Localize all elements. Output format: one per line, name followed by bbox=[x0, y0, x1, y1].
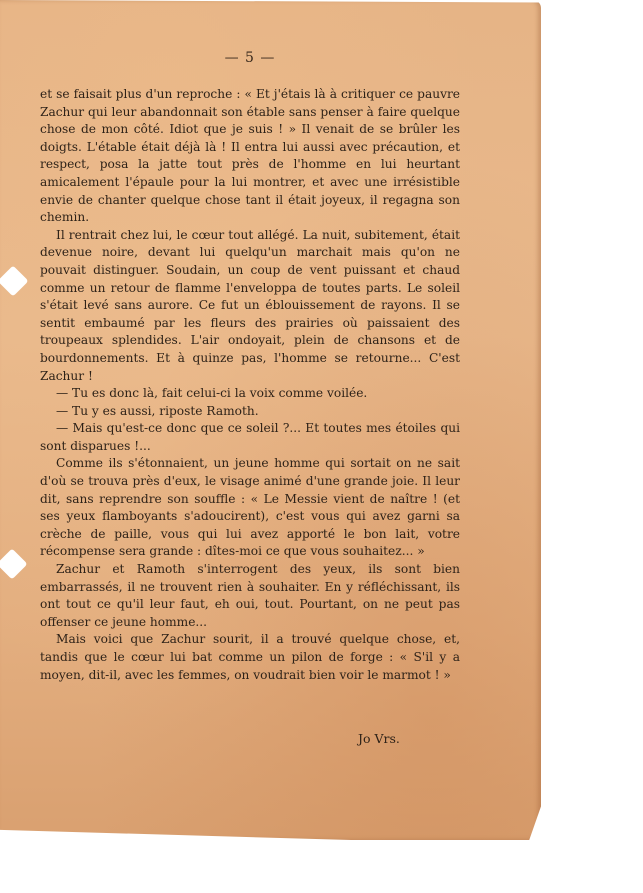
dialogue-line: — Tu y es aussi, riposte Ramoth. bbox=[40, 403, 460, 421]
dialogue-line: — Tu es donc là, fait celui-ci la voix c… bbox=[40, 385, 460, 403]
dialogue-line: — Mais qu'est-ce donc que ce soleil ?...… bbox=[40, 420, 460, 455]
body-text: et se faisait plus d'un reproche : « Et … bbox=[40, 86, 460, 684]
author-signature: Jo Vrs. bbox=[358, 731, 400, 746]
paper-page: — 5 — et se faisait plus d'un reproche :… bbox=[0, 0, 541, 840]
paragraph: et se faisait plus d'un reproche : « Et … bbox=[40, 86, 460, 227]
page-number: — 5 — bbox=[0, 50, 500, 66]
paragraph: Zachur et Ramoth s'interrogent des yeux,… bbox=[40, 561, 460, 631]
paragraph: Mais voici que Zachur sourit, il a trouv… bbox=[40, 631, 460, 684]
paragraph: Comme ils s'étonnaient, un jeune homme q… bbox=[40, 455, 460, 561]
paragraph: Il rentrait chez lui, le cœur tout allég… bbox=[40, 227, 460, 385]
